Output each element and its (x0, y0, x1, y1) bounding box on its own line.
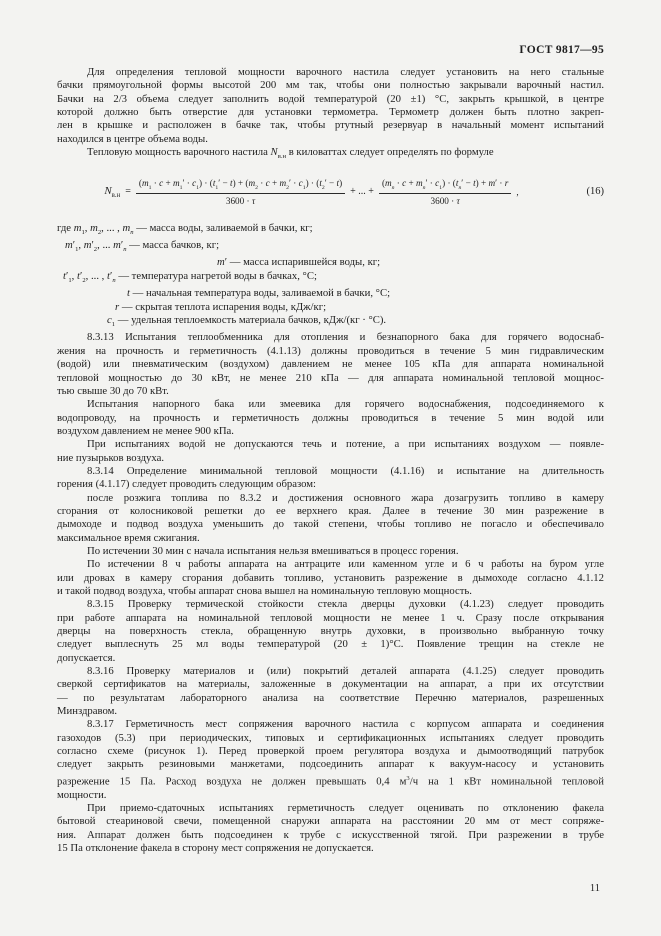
text-line: бытовой стеариновой свечи, помещенной сн… (57, 815, 604, 828)
page-number: 11 (57, 883, 604, 894)
document-page: ГОСТ 9817—95 Для определения тепловой мо… (0, 0, 661, 936)
text-line: тепловой мощностью до 30 кВт, не менее 2… (57, 372, 604, 385)
text-line: По истечении 8 ч работы аппарата на антр… (57, 558, 604, 571)
where-line: m′1, m′2, ... m′n — масса бачков, кг; (57, 239, 604, 256)
where-list: где m1, m2, ... , mn — масса воды, залив… (57, 222, 604, 332)
where-line: r — скрытая теплота испарения воды, кДж/… (57, 301, 604, 314)
text-line: разрежение 15 Па. Расход воздуха не долж… (57, 772, 604, 789)
text-line: Тепловую мощность варочного настила Nв.н… (57, 146, 604, 163)
where-line: где m1, m2, ... , mn — масса воды, залив… (57, 222, 604, 239)
text-line: — по результатам лабораторного анализа н… (57, 692, 604, 705)
fraction-2: (mn · c + mn′ · c1) · (tn′ − t) + m′ · r… (379, 178, 511, 207)
text-line: По истечении 30 мин с начала испытания н… (57, 545, 604, 558)
text-line: 8.3.16 Проверку материалов и (или) покры… (57, 665, 604, 678)
formula-16: Nв.н = (m1 · c + m1′ · c1) · (t1′ − t) +… (57, 178, 604, 207)
formula-ellipsis: + ... + (350, 186, 374, 198)
text-line: Бачки на 2/3 объема следует заполнить во… (57, 93, 604, 106)
formula-number: (16) (587, 186, 605, 198)
text-line: Для определения тепловой мощности варочн… (57, 66, 604, 79)
text-line: Минздравом. (57, 705, 604, 718)
fraction-2-numerator: (mn · c + mn′ · c1) · (tn′ − t) + m′ · r (379, 178, 511, 194)
text-line: согласно схеме (рисунок 1). Перед провер… (57, 745, 604, 758)
text-line: дымоходе и подвод воздуха уменьшить до т… (57, 518, 604, 531)
text-line: дверцы на поверхность стекла, обращенную… (57, 625, 604, 638)
fraction-2-denominator: 3600 · τ (431, 194, 460, 207)
text-line: 8.3.17 Герметичность мест сопряжения вар… (57, 718, 604, 731)
text-line: 8.3.15 Проверку термической стойкости ст… (57, 598, 604, 611)
text-line: которой должно быть отверстие для устано… (57, 106, 604, 119)
formula-comma: , (516, 187, 518, 198)
text-line: тью свыше 30 до 70 кВт. (57, 385, 604, 398)
text-line: При испытаниях водой не допускаются течь… (57, 438, 604, 451)
text-line: сгорания от колосниковой решетки до ее в… (57, 505, 604, 518)
text-line: максимальное время сжигания. (57, 532, 604, 545)
text-line: мощности. (57, 789, 604, 802)
text-line: При приемо-сдаточных испытаниях герметич… (57, 802, 604, 815)
text-line: Испытания напорного бака или змеевика дл… (57, 398, 604, 411)
text-line: водопроводу, на прочность и герметичност… (57, 412, 604, 425)
text-line: лен в крышке и расположен в бачке так, ч… (57, 119, 604, 132)
page-content: ГОСТ 9817—95 Для определения тепловой мо… (57, 44, 604, 894)
text-line: допускается. (57, 652, 604, 665)
text-line: горения (4.1.17) следует проводить следу… (57, 478, 604, 491)
text-line: воздухом давлением не менее 900 кПа. (57, 425, 604, 438)
where-line: m′ — масса испарившейся воды, кг; (57, 256, 604, 269)
equals-sign: = (125, 186, 131, 198)
where-line: t — начальная температура воды, заливаем… (57, 287, 604, 300)
standard-number: ГОСТ 9817—95 (57, 44, 604, 56)
text-line: следует закрыть резиновыми манжетами, по… (57, 758, 604, 771)
text-line: при работе аппарата на номинальной тепло… (57, 612, 604, 625)
text-line: 15 Па отклонение факела в сторону мест с… (57, 842, 604, 855)
fraction-1: (m1 · c + m1′ · c1) · (t1′ − t) + (m2 · … (136, 178, 345, 207)
text-line: 8.3.14 Определение минимальной тепловой … (57, 465, 604, 478)
text-line: бачки прямоугольной формы высотой 200 мм… (57, 79, 604, 92)
text-line: ние пузырьков воздуха. (57, 452, 604, 465)
text-line: сверкой сертификатов на материалы, залож… (57, 678, 604, 691)
text-line: после розжига топлива по 8.3.2 и достиже… (57, 492, 604, 505)
text-line: и такой подвод воздуха, чтобы аппарат сн… (57, 585, 604, 598)
body-paragraphs: 8.3.13 Испытания теплообменника для отоп… (57, 331, 604, 855)
text-line: ния. Аппарат должен быть подсоединен к т… (57, 829, 604, 842)
text-line: или дровах в камеру сгорания добавить то… (57, 572, 604, 585)
formula-lhs: Nв.н (104, 185, 120, 200)
fraction-1-numerator: (m1 · c + m1′ · c1) · (t1′ − t) + (m2 · … (136, 178, 345, 194)
text-line: следует выплеснуть 25 мл воды температур… (57, 638, 604, 651)
text-line: газоходов (5.3) при периодических, типов… (57, 732, 604, 745)
where-line: c1 — удельная теплоемкость материала бач… (57, 314, 604, 331)
text-line: 8.3.13 Испытания теплообменника для отоп… (57, 331, 604, 344)
intro-paragraphs: Для определения тепловой мощности варочн… (57, 66, 604, 164)
where-line: t′1, t′2, ... , t′n — температура нагрет… (57, 270, 604, 287)
text-line: жения на прочность и герметичность (4.1.… (57, 345, 604, 358)
text-line: (водой) или пневматическим (воздухом) да… (57, 358, 604, 371)
fraction-1-denominator: 3600 · τ (226, 194, 255, 207)
text-line: находился в центре объема воды. (57, 133, 604, 146)
